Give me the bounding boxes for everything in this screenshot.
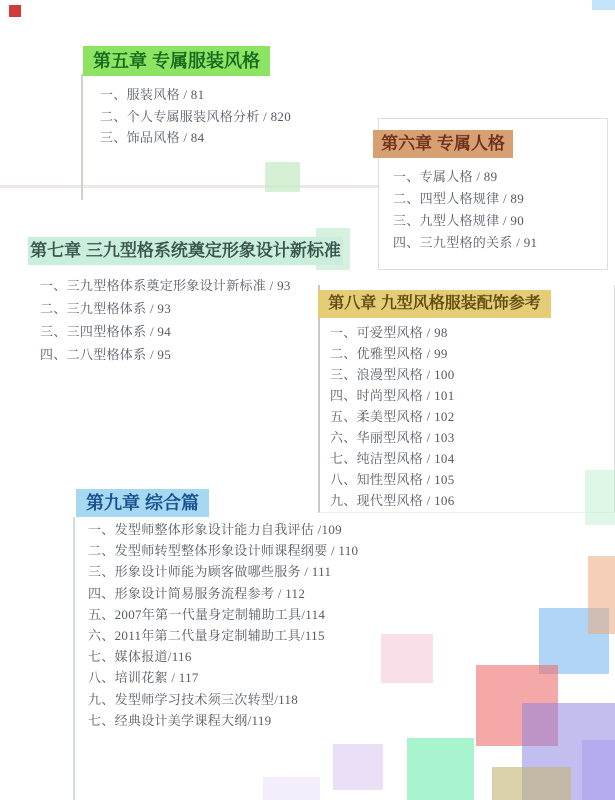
chapter9-header: 第九章 综合篇 [76,489,209,517]
toc-item: 三、饰品风格 / 84 [100,127,291,149]
toc-item: 三、九型人格规律 / 90 [393,210,537,232]
decor-square-sky-corner [592,0,615,10]
decor-square-mint [407,738,474,800]
decor-square-red [9,5,21,17]
toc-item: 四、三九型格的关系 / 91 [393,232,537,254]
chapter9-left-border [73,517,75,800]
toc-item: 一、可爱型风格 / 98 [330,322,455,343]
toc-item: 五、2007年第一代量身定制辅助工具/114 [88,604,358,625]
chapter8-items: 一、可爱型风格 / 98 二、优雅型风格 / 99 三、浪漫型风格 / 100 … [330,322,455,511]
toc-item: 六、华丽型风格 / 103 [330,427,455,448]
toc-item: 四、二八型格体系 / 95 [40,343,291,366]
toc-item: 六、2011年第二代量身定制辅助工具/115 [88,625,358,646]
decor-square-peach [588,556,615,634]
toc-item: 四、形象设计简易服务流程参考 / 112 [88,583,358,604]
chapter7-header: 第七章 三九型格系统奠定形象设计新标准 [28,237,343,265]
chapter6-header: 第六章 专属人格 [373,130,513,158]
toc-item: 二、三九型格体系 / 93 [40,297,291,320]
chapter7-items: 一、三九型格体系奠定形象设计新标准 / 93 二、三九型格体系 / 93 三、三… [40,274,291,366]
chapter5-left-border [81,74,83,200]
decor-square-mint-overlay [585,470,615,525]
chapter6-items: 一、专属人格 / 89 二、四型人格规律 / 89 三、九型人格规律 / 90 … [393,166,537,254]
toc-item: 五、柔美型风格 / 102 [330,406,455,427]
toc-item: 七、媒体报道/116 [88,646,358,667]
decor-square-lavender-pale [263,777,320,800]
toc-item: 二、个人专属服装风格分析 / 820 [100,106,291,128]
toc-item: 二、发型师转型整体形象设计师课程纲要 / 110 [88,540,358,561]
decor-square-pale-green-a [265,162,300,192]
chapter5-header: 第五章 专属服装风格 [83,46,270,76]
toc-item: 七、经典设计美学课程大纲/119 [88,710,358,731]
toc-item: 七、纯洁型风格 / 104 [330,448,455,469]
toc-item: 一、专属人格 / 89 [393,166,537,188]
chapter8-header: 第八章 九型风格服装配饰参考 [318,290,551,318]
chapter9-items: 一、发型师整体形象设计能力自我评估 /109 二、发型师转型整体形象设计师课程纲… [88,519,358,731]
decor-square-purple [582,740,615,800]
toc-item: 一、发型师整体形象设计能力自我评估 /109 [88,519,358,540]
toc-item: 九、现代型风格 / 106 [330,490,455,511]
decor-square-khaki [492,767,571,800]
toc-item: 二、四型人格规律 / 89 [393,188,537,210]
toc-page: { "sections": [ { "id": "chapter-5", "he… [0,0,615,800]
toc-item: 八、培训花絮 / 117 [88,667,358,688]
toc-item: 三、浪漫型风格 / 100 [330,364,455,385]
toc-item: 八、知性型风格 / 105 [330,469,455,490]
toc-item: 一、三九型格体系奠定形象设计新标准 / 93 [40,274,291,297]
toc-item: 四、时尚型风格 / 101 [330,385,455,406]
toc-item: 二、优雅型风格 / 99 [330,343,455,364]
toc-item: 一、服装风格 / 81 [100,84,291,106]
decor-square-pink [381,634,433,683]
toc-item: 三、三四型格体系 / 94 [40,320,291,343]
toc-item: 九、发型师学习技术须三次转型/118 [88,689,358,710]
toc-item: 三、形象设计师能为顾客做哪些服务 / 111 [88,561,358,582]
chapter5-bottom-divider [0,185,378,188]
decor-square-lavender [333,744,383,790]
chapter5-items: 一、服装风格 / 81 二、个人专属服装风格分析 / 820 三、饰品风格 / … [100,84,291,149]
